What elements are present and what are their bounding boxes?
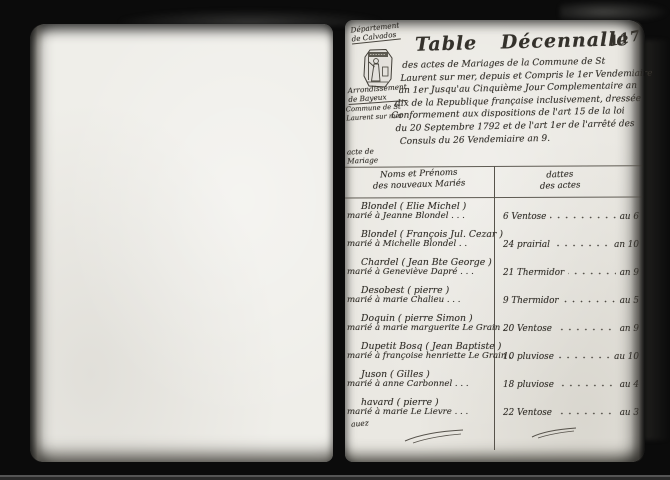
date-dots [556, 412, 616, 415]
row-spouse: marié à Geneviève Dapré . . . [347, 267, 497, 277]
left-blank-page [30, 24, 333, 462]
date-year: an 9 [620, 268, 639, 278]
date-value: 18 pluviose [503, 380, 554, 390]
row-names: Chardel ( Jean Bte George )marié à Genev… [347, 257, 497, 277]
row-spouse: marié à marie marguerite Le Grain . [347, 323, 497, 333]
row-spouse: marié à marie Chalieu . . . [347, 295, 497, 305]
marriage-row: Juson ( Gilles )marié à anne Carbonnel .… [347, 369, 641, 397]
date-value: 22 Ventose [503, 408, 552, 418]
row-names: Juson ( Gilles )marié à anne Carbonnel .… [347, 369, 497, 389]
row-names: Blondel ( François Jul. Cezar )marié à M… [347, 229, 497, 249]
marriage-row: Blondel ( Elie Michel )marié à Jeanne Bl… [347, 201, 641, 229]
date-dots [568, 272, 615, 275]
date-dots [563, 300, 616, 303]
row-spouse: marié à françoise henriette Le Grain . [347, 351, 497, 361]
date-year: au 5 [620, 296, 639, 306]
row-names: Blondel ( Elie Michel )marié à Jeanne Bl… [347, 201, 497, 221]
row-date: 6 Ventoseau 6 [503, 212, 639, 222]
date-dots [550, 216, 615, 219]
row-names: Desobest ( pierre )marié à marie Chalieu… [347, 285, 497, 305]
row-date: 21 Thermidoran 9 [503, 268, 639, 278]
row-date: 24 prairialan 10 [503, 240, 639, 250]
date-value: 24 prairial [503, 240, 550, 250]
row-spouse: marié à anne Carbonnel . . . [347, 379, 497, 389]
row-spouse: marié à Michelle Blondel . . [347, 239, 497, 249]
date-year: au 4 [620, 380, 639, 390]
date-dots [558, 384, 616, 387]
row-date: 10 pluvioseau 10 [503, 352, 639, 362]
date-value: 21 Thermidor [503, 268, 564, 278]
date-dots [554, 244, 610, 247]
row-spouse: marié à Jeanne Blondel . . . [347, 211, 497, 221]
row-date: 20 Ventosean 9 [503, 324, 639, 334]
right-register-page: Table Décennalle 117 Département de Calv… [345, 20, 645, 462]
row-names: Dupetit Bosq ( Jean Baptiste )marié à fr… [347, 341, 497, 361]
date-dots [558, 356, 610, 359]
row-date: 18 pluvioseau 4 [503, 380, 639, 390]
row-names: Doquin ( pierre Simon )marié à marie mar… [347, 313, 497, 333]
date-year: au 3 [620, 408, 639, 418]
date-value: 10 pluviose [503, 352, 554, 362]
row-date: 9 Thermidorau 5 [503, 296, 639, 306]
row-date: 22 Ventoseau 3 [503, 408, 639, 418]
date-year: an 9 [620, 324, 639, 334]
marriage-row: Chardel ( Jean Bte George )marié à Genev… [347, 257, 641, 285]
scanned-register-image: Table Décennalle 117 Département de Calv… [0, 0, 670, 480]
marriage-row: Dupetit Bosq ( Jean Baptiste )marié à fr… [347, 341, 641, 369]
marriage-row: Doquin ( pierre Simon )marié à marie mar… [347, 313, 641, 341]
date-value: 9 Thermidor [503, 296, 559, 306]
marriage-row: havard ( pierre )marié à marie Le Lievre… [347, 397, 641, 425]
footer-note: auez [351, 418, 369, 429]
flourish-mark [530, 426, 578, 439]
date-year: au 10 [614, 352, 639, 362]
table-rows: Blondel ( Elie Michel )marié à Jeanne Bl… [347, 20, 643, 462]
date-year: au 6 [620, 212, 639, 222]
marriage-row: Desobest ( pierre )marié à marie Chalieu… [347, 285, 641, 313]
date-dots [556, 328, 616, 331]
scan-smudge [645, 40, 670, 440]
date-value: 6 Ventose [503, 212, 546, 222]
row-names: havard ( pierre )marié à marie Le Lievre… [347, 397, 497, 417]
marriage-row: Blondel ( François Jul. Cezar )marié à M… [347, 229, 641, 257]
date-value: 20 Ventose [503, 324, 552, 334]
date-year: an 10 [614, 240, 639, 250]
flourish-mark [403, 428, 465, 444]
scan-smudge [560, 0, 670, 20]
row-spouse: marié à marie Le Lievre . . . [347, 407, 497, 417]
